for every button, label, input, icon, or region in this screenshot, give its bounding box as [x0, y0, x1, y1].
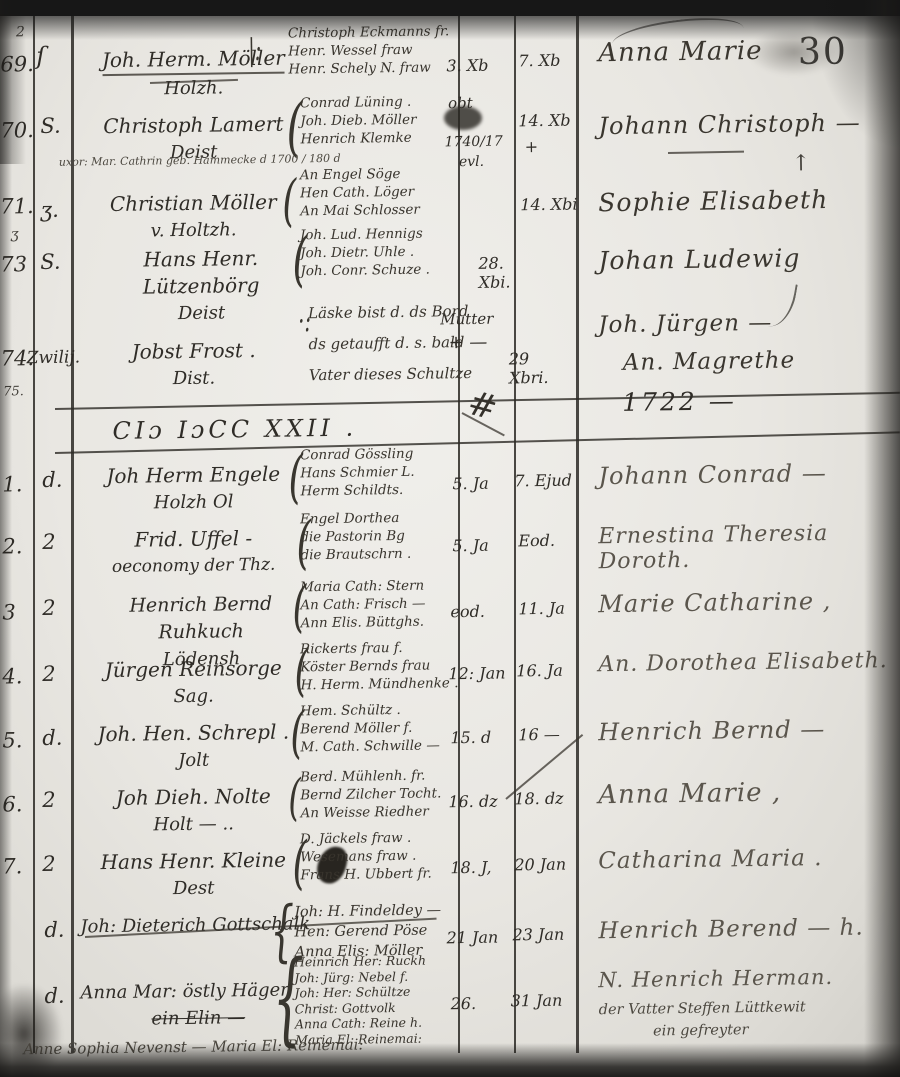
dito-mark: ſ	[36, 42, 45, 70]
twins-note: Zwilij.	[27, 347, 81, 368]
dito-mark: d.	[44, 918, 64, 942]
date-born: 3. Xb	[446, 55, 506, 75]
year-roman-numeral: CIɔ IɔCC XXII .	[112, 414, 357, 445]
godparents-list: D. Jäckels fraw .Wesemans fraw .Frans H.…	[300, 828, 469, 884]
father-note: der Vatter Steffen Lüttkewit	[599, 999, 806, 1018]
godparents-list: Engel Dortheadie Pastorin Bgdie Brautsch…	[300, 508, 469, 564]
child-name: Catharina Maria .	[598, 844, 890, 874]
register-row-69: 2 69. ſ Joh. Herm. Möller Holzh. |: Chri…	[0, 24, 900, 37]
date-baptized: 20 Jan	[514, 855, 576, 875]
caret-arrow-mark: ↑	[792, 151, 811, 176]
parents-name: Hans Henr. LützenbörgDeist	[88, 244, 314, 328]
entry-number: 2.	[2, 534, 22, 558]
date-baptized: 29 Xbri.	[509, 349, 572, 388]
godparents-list: Joh. Lud. HennigsJoh. Dietr. Uhle .Joh. …	[300, 224, 469, 280]
date-born: 26.	[451, 993, 511, 1013]
date-born: 18. J,	[450, 857, 510, 877]
death-note: 1740/17	[445, 134, 505, 151]
parents-name: Frid. Uffel -oeconomy der Thz.	[88, 524, 299, 581]
child-name-twin: An. Magrethe	[623, 346, 900, 376]
entry-number: 3	[2, 600, 16, 624]
godparents-list: Conrad GösslingHans Schmier L.Herm Schil…	[300, 444, 469, 500]
entry-number: 70.	[0, 118, 34, 142]
parents-name: Joh Herm EngeleHolzh Ol	[88, 460, 299, 517]
dito-mark: d.	[44, 984, 64, 1008]
date-baptized: Eod.	[518, 530, 580, 550]
parents-name: Joh. Herm. Möller Holzh.	[88, 44, 299, 103]
child-name: Marie Catharine ,	[598, 586, 890, 618]
margin-mark: 2	[16, 24, 25, 40]
entry-number: 71.	[0, 194, 34, 218]
entry-number: 5.	[2, 728, 22, 752]
date-born: 16. dz	[448, 791, 508, 811]
godparents-list: Hem. Schültz .Berend Möller f.M. Cath. S…	[300, 700, 469, 756]
parents-name: Christian Möllerv. Holtzh.	[88, 188, 299, 245]
date-baptized: 16. Ja	[516, 660, 578, 680]
child-name: Joh. Jürgen —	[598, 308, 890, 338]
date-baptized: 14. Xb	[518, 110, 580, 130]
parents-name: Joh. Hen. Schrepl .Jolt	[88, 718, 299, 775]
godparents-list: An Engel SögeHen Cath. LögerAn Mai Schlo…	[300, 164, 469, 220]
godparents-brace: |:	[248, 33, 262, 68]
entry-number: 7.	[2, 854, 22, 878]
child-name: An. Dorothea Elisabeth.	[598, 648, 898, 677]
godparents-list: Berd. Mühlenh. fr.Bernd Zilcher Tocht.An…	[300, 766, 469, 822]
dito-mark: 2	[42, 662, 56, 686]
dito-mark: S.	[40, 114, 61, 138]
entry-number: 6.	[2, 792, 22, 816]
godparents-list: Rickerts frau f.Köster Bernds frauH. Her…	[300, 638, 469, 694]
child-name: Johann Conrad —	[598, 458, 890, 490]
parents-name: Hans Henr. KleineDest	[88, 846, 299, 903]
dito-mark: ʒ.	[40, 198, 59, 222]
date-baptized: 11. Ja	[518, 598, 580, 618]
child-name: Ernestina Theresia Doroth.	[598, 520, 899, 574]
dito-mark: 2	[42, 852, 56, 876]
dito-mark: 2	[42, 530, 56, 554]
child-name: Anna Marie ,	[598, 776, 890, 810]
parents-name: Joh Dieh. NolteHolt — ..	[88, 782, 299, 839]
child-name: Henrich Berend — h.	[598, 914, 890, 944]
rule-number-column	[71, 16, 74, 1053]
date-born: 5. Ja	[452, 535, 512, 555]
register-row-71: 71. ʒ ʒ. Christian Möllerv. Holtzh. ( An…	[0, 174, 900, 187]
date-born: 12: Jan	[448, 663, 508, 683]
child-name: Johan Ludewig	[598, 242, 890, 275]
date-born: 5. Ja	[452, 473, 512, 493]
cross-mark: + —	[448, 331, 508, 353]
date-baptized: 7. Xb	[518, 50, 580, 70]
entry-number: 4.	[2, 664, 22, 688]
entry-number: 73	[0, 252, 27, 276]
mother-death-note: Mutter	[440, 310, 500, 329]
parents-name: Jobst Frost .Dist.	[88, 336, 299, 393]
child-name: Sophie Elisabeth	[598, 184, 890, 217]
father-note: ein gefreyter	[653, 1022, 749, 1039]
date-baptized: 23 Jan	[512, 925, 574, 945]
date-baptized: 7. Ejud	[514, 471, 576, 491]
entry-number: 1.	[2, 472, 22, 496]
child-name: Henrich Bernd —	[598, 714, 890, 746]
cross-mark: +	[525, 136, 587, 156]
hash-mark: #	[463, 383, 501, 429]
dito-mark: d.	[42, 726, 62, 750]
dito-mark: S.	[40, 250, 61, 274]
date-born: eod.	[450, 601, 510, 621]
rule-left-margin	[33, 16, 35, 1053]
godparents-list: Conrad Lüning .Joh. Dieb. MöllerHenrich …	[300, 92, 469, 148]
date-born: 15. d	[450, 727, 510, 747]
child-name: N. Henrich Herman.	[598, 964, 890, 992]
entry-number: 69.	[0, 52, 34, 76]
date-baptized: 14. Xbi	[520, 194, 582, 214]
godparents-list: Maria Cath: SternAn Cath: Frisch —Ann El…	[300, 576, 469, 632]
date-baptized: 31 Jan	[510, 991, 572, 1011]
dito-mark: 2	[42, 596, 56, 620]
date-baptized: 16 —	[518, 724, 580, 744]
margin-mark: ʒ	[11, 226, 19, 242]
year-arabic: 1722 —	[622, 386, 737, 417]
date-born: obt	[448, 93, 508, 112]
scan-edge-top	[0, 0, 900, 16]
parents-name: Jürgen ReinsorgeSag.	[88, 654, 299, 711]
godparents-list: Christoph Eckmanns fr.Henr. Wessel frawH…	[288, 22, 457, 78]
child-name: Johann Christoph —	[598, 108, 890, 140]
death-note: evl.	[459, 153, 519, 170]
date-baptized: 18. dz	[514, 789, 576, 809]
date-baptized: 28. Xbi.	[478, 253, 541, 292]
entry-number-75: 75.	[3, 384, 24, 399]
date-born: 21 Jan	[446, 927, 506, 947]
child-name: Anna Marie	[598, 34, 890, 68]
dito-mark: 2	[42, 788, 56, 812]
parents-name: Joh: Dieterich Gottschalk	[80, 910, 295, 940]
dito-mark: d.	[42, 468, 62, 492]
register-page-scan: 30 2 69. ſ Joh. Herm. Möller Holzh. |: C…	[0, 0, 900, 1077]
godparents-list: Heinrich Her: RuckhJoh: Jürg: Nebel f.Jo…	[294, 952, 463, 1047]
underline-stroke	[668, 151, 744, 154]
rule-date-column-2	[514, 16, 516, 1053]
